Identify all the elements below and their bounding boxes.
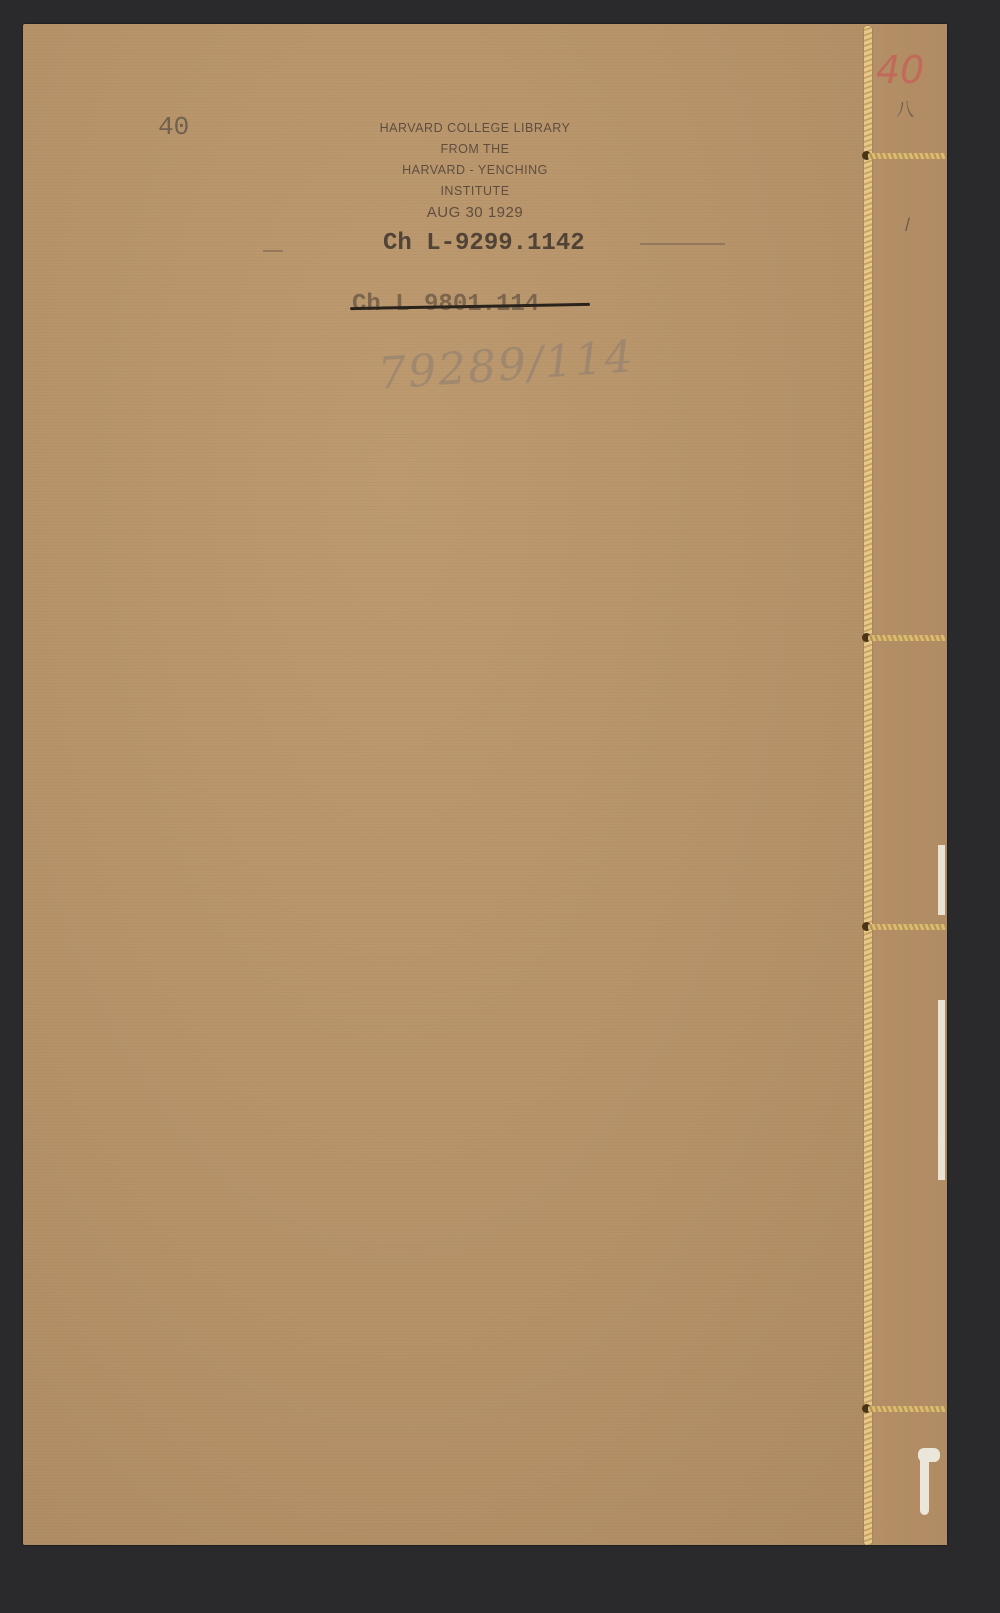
pencil-mark: / <box>905 215 910 236</box>
binding-stitch <box>868 635 946 641</box>
smudge <box>263 250 283 252</box>
volume-number: 40 <box>158 112 189 142</box>
stamp-date: AUG 30 1929 <box>360 202 590 223</box>
binding-thread-vertical <box>864 26 872 1545</box>
library-stamp: HARVARD COLLEGE LIBRARY FROM THE HARVARD… <box>360 118 590 223</box>
stamp-line: HARVARD - YENCHING <box>360 160 590 181</box>
binding-flap <box>868 24 947 1545</box>
paper-damage <box>920 1455 929 1515</box>
binding-stitch <box>868 153 946 159</box>
stamp-line: INSTITUTE <box>360 181 590 202</box>
stamp-line: FROM THE <box>360 139 590 160</box>
chinese-mark: 八 <box>896 96 914 122</box>
red-pencil-number: 40 <box>876 48 924 92</box>
smudge <box>640 243 725 245</box>
binding-stitch <box>868 924 946 930</box>
binding-stitch <box>868 1406 946 1412</box>
stamp-line: HARVARD COLLEGE LIBRARY <box>360 118 590 139</box>
paper-edge-wear <box>938 845 945 915</box>
call-number-current: Ch L-9299.1142 <box>383 230 585 257</box>
paper-edge-wear <box>938 1000 945 1180</box>
